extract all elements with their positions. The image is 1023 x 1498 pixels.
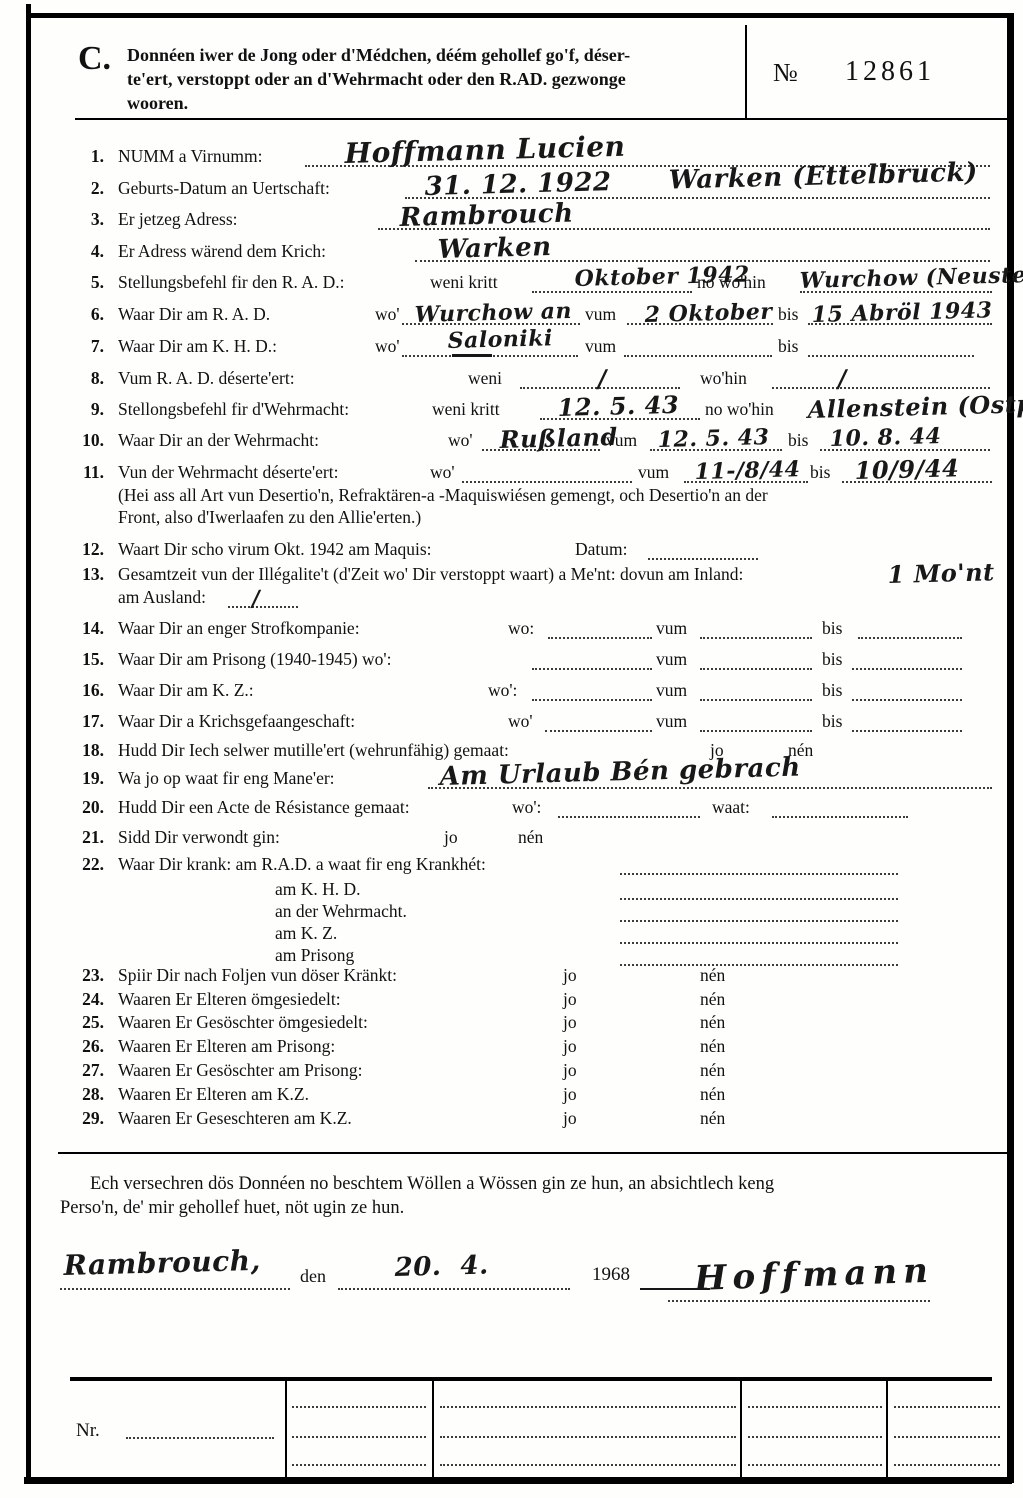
item-label: Wa jo op waat fir eng Mane'er:	[118, 768, 335, 789]
item-number: 4.	[58, 241, 104, 262]
form-row: 23. Spiir Dir nach Foljen vun döser Krän…	[0, 965, 1023, 989]
handwritten-where: Saloniki	[447, 327, 553, 352]
form-row: 28. Waaren Er Elteren am K.Z. jo nén	[0, 1084, 1023, 1108]
dotted-line	[648, 558, 758, 560]
field-label: wo':	[512, 797, 541, 818]
handwritten-place: Rambrouch,	[63, 1247, 261, 1280]
handwritten-slash: /	[251, 588, 260, 610]
dotted-line	[620, 942, 898, 944]
option-nen: nén	[700, 1084, 725, 1105]
form-row: 5. Stellungsbefehl fir den R. A. D.: wen…	[0, 272, 1023, 296]
dotted-line	[772, 387, 990, 389]
option-jo: jo	[563, 989, 577, 1010]
header-rule	[75, 118, 1008, 120]
item-label: Waaren Er Gesöschter ömgesiedelt:	[118, 1012, 368, 1033]
item-number: 16.	[58, 680, 104, 701]
field-label: bis	[778, 304, 798, 325]
form-subrow: am K. Z.	[0, 923, 1023, 947]
item-label: Waaren Er Elteren am Prisong:	[118, 1036, 335, 1057]
handwritten-when: 12. 5. 43	[557, 393, 679, 420]
handwritten-whereto: Wurchow (Neustettin)	[799, 263, 1023, 292]
handwritten-from: 12. 5. 43	[657, 426, 769, 451]
item-label: NUMM a Virnumm:	[118, 146, 262, 167]
section-rule	[58, 1152, 1008, 1154]
item-number: 7.	[58, 336, 104, 357]
dotted-line	[852, 730, 962, 732]
option-nen: nén	[518, 827, 543, 848]
dotted-line	[292, 1464, 426, 1466]
form-row: 9. Stellongsbefehl fir d'Wehrmacht: weni…	[0, 399, 1023, 423]
item-label: Waaren Er Elteren ömgesiedelt:	[118, 989, 341, 1010]
item-number: 13.	[58, 564, 104, 585]
option-jo: jo	[563, 1036, 577, 1057]
form-subrow: am K. H. D.	[0, 879, 1023, 903]
option-jo: jo	[563, 1012, 577, 1033]
item-label: Hudd Dir een Acte de Résistance gemaat:	[118, 797, 410, 818]
handwritten-where: Wurchow an	[414, 300, 572, 326]
option-jo: jo	[563, 965, 577, 986]
item-label: Waaren Er Gesöschter am Prisong:	[118, 1060, 363, 1081]
section-letter: C.	[78, 40, 111, 78]
handwritten-war-address: Warken	[437, 234, 552, 263]
dotted-line	[808, 355, 974, 357]
item-number: 1.	[58, 146, 104, 167]
dotted-line	[532, 291, 692, 293]
field-label: bis	[822, 711, 842, 732]
item-label: Sidd Dir verwondt gin:	[118, 827, 280, 848]
form-row: 10. Waar Dir an der Wehrmacht: wo' Rußla…	[0, 430, 1023, 454]
item-label: Waar Dir a Krichsgefaangeschaft:	[118, 711, 355, 732]
item-number: 19.	[58, 768, 104, 789]
item-label: Er Adress wärend dem Krich:	[118, 241, 326, 262]
handwritten-address: Rambrouch	[399, 200, 574, 231]
item-number: 6.	[58, 304, 104, 325]
dotted-line	[620, 898, 898, 900]
item-label: Waar Dir am K. H. D.:	[118, 336, 277, 357]
handwritten-until: 10/9/44	[854, 456, 959, 483]
form-row: 16. Waar Dir am K. Z.: wo': vum bis	[0, 680, 1023, 704]
option-nen: nén	[700, 1036, 725, 1057]
sub-label: an der Wehrmacht.	[275, 901, 407, 922]
option-jo: jo	[563, 1108, 577, 1129]
dotted-line	[462, 481, 632, 483]
item-label: Waaren Er Elteren am K.Z.	[118, 1084, 309, 1105]
form-row: 7. Waar Dir am K. H. D.: wo' Saloniki vu…	[0, 336, 1023, 360]
item-number: 28.	[58, 1084, 104, 1105]
handwritten-where: Rußland	[499, 425, 618, 452]
dotted-line	[700, 699, 812, 701]
field-label: vum	[585, 336, 616, 357]
field-label: vum	[585, 304, 616, 325]
form-row: am Ausland: /	[0, 587, 1023, 611]
dotted-line	[440, 1436, 736, 1438]
dotted-line	[292, 1406, 426, 1408]
form-row: 12. Waart Dir scho virum Okt. 1942 am Ma…	[0, 539, 1023, 563]
item-number: 22.	[58, 854, 104, 875]
item-label: Geburts-Datum an Uertschaft:	[118, 178, 330, 199]
item-number: 5.	[58, 272, 104, 293]
field-label: Datum:	[575, 539, 628, 560]
field-label: bis	[822, 649, 842, 670]
item-number: 12.	[58, 539, 104, 560]
field-label: vum	[606, 430, 637, 451]
field-label: bis	[822, 680, 842, 701]
dotted-line	[748, 1436, 882, 1438]
form-row: 15. Waar Dir am Prisong (1940-1945) wo':…	[0, 649, 1023, 673]
dotted-line	[532, 668, 652, 670]
form-row: 19. Wa jo op waat fir eng Mane'er: Am Ur…	[0, 768, 1023, 792]
den-label: den	[300, 1266, 326, 1287]
nr-label: Nr.	[76, 1420, 100, 1442]
field-label: bis	[810, 462, 830, 483]
option-nen: nén	[700, 1108, 725, 1129]
section-description: Donnéen iwer de Jong oder d'Médchen, déé…	[127, 44, 735, 115]
dotted-line	[338, 1288, 570, 1290]
form-row: 27. Waaren Er Gesöschter am Prisong: jo …	[0, 1060, 1023, 1084]
handwritten-slash: /	[837, 367, 847, 391]
dotted-line	[700, 730, 812, 732]
option-nen: nén	[700, 965, 725, 986]
field-label: weni kritt	[432, 399, 500, 420]
field-label: wo'	[508, 711, 533, 732]
field-label: vum	[656, 711, 687, 732]
field-label: no wo'hin	[697, 272, 766, 293]
dotted-line	[126, 1437, 274, 1439]
page-border-top	[28, 13, 1012, 18]
item-number: 18.	[58, 740, 104, 761]
number-sign: №	[773, 58, 798, 88]
field-label: vum	[656, 649, 687, 670]
form-row: 24. Waaren Er Elteren ömgesiedelt: jo né…	[0, 989, 1023, 1013]
dotted-line	[292, 1436, 426, 1438]
form-row: 6. Waar Dir am R. A. D. wo' Wurchow an v…	[0, 304, 1023, 328]
field-label: wo'	[375, 336, 400, 357]
option-nen: nén	[700, 1060, 725, 1081]
handwritten-name: Hoffmann Lucien	[344, 133, 625, 168]
page-border-bottom	[24, 1477, 1012, 1484]
table-top-rule	[70, 1377, 992, 1381]
dotted-line	[858, 637, 962, 639]
scanned-form-page: C. Donnéen iwer de Jong oder d'Médchen, …	[0, 0, 1023, 1498]
dotted-line	[700, 637, 812, 639]
dotted-line	[624, 355, 772, 357]
field-label: am Ausland:	[118, 587, 206, 608]
item-number: 26.	[58, 1036, 104, 1057]
item-number: 11.	[58, 462, 104, 483]
sub-label: am K. Z.	[275, 923, 337, 944]
dotted-line	[668, 1300, 930, 1302]
dotted-line	[532, 699, 652, 701]
option-jo: jo	[563, 1084, 577, 1105]
form-row: 11. Vun der Wehrmacht déserte'ert: wo' v…	[0, 462, 1023, 486]
field-label: waat:	[712, 797, 750, 818]
item-number: 17.	[58, 711, 104, 732]
table-divider	[740, 1381, 742, 1477]
sub-label: am Prisong	[275, 945, 354, 966]
item-label: Gesamtzeit vun der Illégalite't (d'Zeit …	[118, 564, 743, 585]
form-number: 12861	[845, 56, 935, 88]
dotted-line	[558, 816, 700, 818]
item-number: 24.	[58, 989, 104, 1010]
table-divider	[285, 1381, 287, 1477]
form-row: 2. Geburts-Datum an Uertschaft: 31. 12. …	[0, 178, 1023, 202]
item-label: Waar Dir krank: am R.A.D. a waat fir eng…	[118, 854, 486, 875]
year-label: 1968	[592, 1264, 630, 1286]
item-number: 3.	[58, 209, 104, 230]
sub-label: am K. H. D.	[275, 879, 361, 900]
table-divider	[886, 1381, 888, 1477]
field-label: wo':	[488, 680, 517, 701]
field-label: vum	[656, 618, 687, 639]
field-label: bis	[788, 430, 808, 451]
dotted-line	[60, 1288, 290, 1290]
field-label: no wo'hin	[705, 399, 774, 420]
dotted-line	[894, 1436, 1000, 1438]
form-row: 3. Er jetzeg Adress: Rambrouch	[0, 209, 1023, 233]
item-number: 15.	[58, 649, 104, 670]
signature: Hoffmann	[694, 1254, 935, 1296]
dotted-line	[852, 699, 962, 701]
handwritten-manner: Am Urlaub Bén gebrach	[439, 755, 801, 790]
dotted-line	[620, 920, 898, 922]
item-label: Waaren Er Geseschteren am K.Z.	[118, 1108, 352, 1129]
dotted-line	[620, 873, 898, 875]
dotted-line	[748, 1464, 882, 1466]
table-divider	[432, 1381, 434, 1477]
dotted-line	[852, 668, 962, 670]
form-row: 21. Sidd Dir verwondt gin: jo nén	[0, 827, 1023, 851]
handwritten-inland: 1 Mo'nt	[887, 560, 995, 587]
form-row: 17. Waar Dir a Krichsgefaangeschaft: wo'…	[0, 711, 1023, 735]
item-label: Vun der Wehrmacht déserte'ert:	[118, 462, 339, 483]
dotted-line	[228, 606, 298, 608]
header-divider	[745, 25, 747, 118]
item-label: Er jetzeg Adress:	[118, 209, 238, 230]
dotted-line	[894, 1464, 1000, 1466]
form-row: 22. Waar Dir krank: am R.A.D. a waat fir…	[0, 854, 1023, 878]
item-label: Waart Dir scho virum Okt. 1942 am Maquis…	[118, 539, 432, 560]
handwritten-from: 11-/8/44	[694, 458, 800, 483]
item-label: Vum R. A. D. déserte'ert:	[118, 368, 295, 389]
item-number: 8.	[58, 368, 104, 389]
option-nen: nén	[700, 989, 725, 1010]
field-label: wo'	[375, 304, 400, 325]
item-note: (Hei ass all Art vun Desertio'n, Refrakt…	[118, 484, 998, 529]
item-number: 20.	[58, 797, 104, 818]
form-row: 14. Waar Dir an enger Strofkompanie: wo:…	[0, 618, 1023, 642]
item-number: 14.	[58, 618, 104, 639]
item-number: 27.	[58, 1060, 104, 1081]
handwritten-slash: /	[597, 367, 607, 391]
item-label: Hudd Dir Iech selwer mutille'ert (wehrun…	[118, 740, 509, 761]
field-label: wo'	[430, 462, 455, 483]
item-number: 23.	[58, 965, 104, 986]
dotted-line	[772, 816, 908, 818]
declaration-text: Ech versechren dös Donnéen no beschtem W…	[60, 1172, 998, 1220]
form-row: 13. Gesamtzeit vun der Illégalite't (d'Z…	[0, 564, 1023, 588]
field-label: vum	[656, 680, 687, 701]
field-label: bis	[778, 336, 798, 357]
item-label: Waar Dir am R. A. D.	[118, 304, 270, 325]
field-label: wo'	[448, 430, 473, 451]
form-subrow: an der Wehrmacht.	[0, 901, 1023, 925]
item-number: 21.	[58, 827, 104, 848]
form-row: 29. Waaren Er Geseschteren am K.Z. jo né…	[0, 1108, 1023, 1132]
field-label: weni	[468, 368, 502, 389]
field-label: wo'hin	[700, 368, 747, 389]
handwritten-from: 2 Oktober	[644, 301, 772, 326]
item-label: Spiir Dir nach Foljen vun döser Kränkt:	[118, 965, 397, 986]
dotted-line	[894, 1406, 1000, 1408]
item-label: Stellungsbefehl fir den R. A. D.:	[118, 272, 345, 293]
item-label: Waar Dir am K. Z.:	[118, 680, 254, 701]
item-number: 29.	[58, 1108, 104, 1129]
handwritten-until: 15 Abröl 1943	[811, 299, 992, 326]
dotted-line	[748, 1406, 882, 1408]
field-label: bis	[822, 618, 842, 639]
item-label: Stellongsbefehl fir d'Wehrmacht:	[118, 399, 349, 420]
dotted-line	[440, 1464, 736, 1466]
ink-stroke	[452, 354, 492, 357]
handwritten-whereto: Allenstein (Ostpreussen	[807, 389, 1023, 422]
form-row: 20. Hudd Dir een Acte de Résistance gema…	[0, 797, 1023, 821]
dotted-line	[548, 637, 652, 639]
dotted-line	[545, 730, 652, 732]
item-number: 2.	[58, 178, 104, 199]
item-label: Waar Dir an enger Strofkompanie:	[118, 618, 360, 639]
form-row: 4. Er Adress wärend dem Krich: Warken	[0, 241, 1023, 265]
field-label: weni kritt	[430, 272, 498, 293]
item-label: Waar Dir an der Wehrmacht:	[118, 430, 319, 451]
item-label: Waar Dir am Prisong (1940-1945) wo':	[118, 649, 391, 670]
form-row: 8. Vum R. A. D. déserte'ert: weni / wo'h…	[0, 368, 1023, 392]
item-number: 9.	[58, 399, 104, 420]
form-row: 26. Waaren Er Elteren am Prisong: jo nén	[0, 1036, 1023, 1060]
item-number: 10.	[58, 430, 104, 451]
handwritten-date: 20. 4.	[394, 1253, 489, 1281]
form-row: 25. Waaren Er Gesöschter ömgesiedelt: jo…	[0, 1012, 1023, 1036]
option-jo: jo	[444, 827, 458, 848]
dotted-line	[440, 1406, 736, 1408]
option-jo: jo	[563, 1060, 577, 1081]
field-label: vum	[638, 462, 669, 483]
item-number: 25.	[58, 1012, 104, 1033]
handwritten-until: 10. 8. 44	[829, 425, 941, 450]
option-nen: nén	[700, 1012, 725, 1033]
dotted-line	[700, 668, 812, 670]
field-label: wo:	[508, 618, 534, 639]
